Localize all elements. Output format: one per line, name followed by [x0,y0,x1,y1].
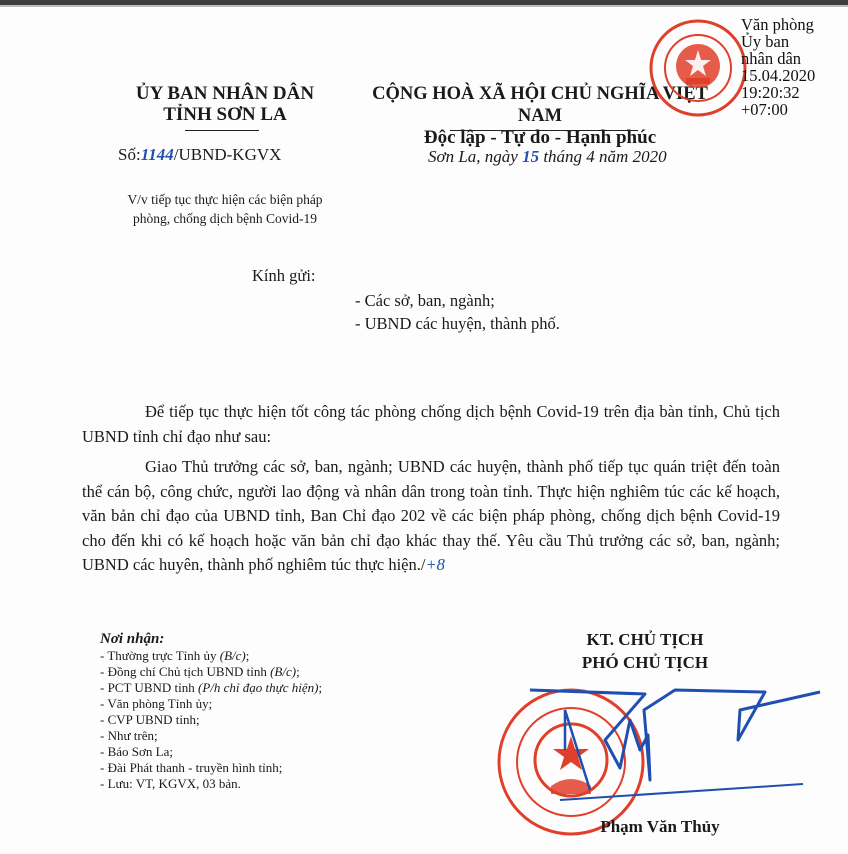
place-prefix: Sơn La, ngày [428,147,522,166]
subject-line1: V/v tiếp tục thực hiện các biện pháp [100,190,350,209]
doc-number-suffix: /UBND-KGVX [174,145,282,164]
sig-timezone: +07:00 [741,101,848,118]
recipient-item: - UBND các huyện, thành phố. [355,312,560,335]
distribution-item: - Đài Phát thanh - truyền hình tỉnh; [100,760,322,776]
distribution-item-text: - Đài Phát thanh - truyền hình tỉnh; [100,760,282,775]
distribution-item-end: ; [318,680,322,695]
document-subject: V/v tiếp tục thực hiện các biện pháp phò… [100,190,350,228]
sig-time: 19:20:32 [741,84,848,101]
sig-date: 15.04.2020 [741,67,848,84]
distribution-item-end: ; [246,648,250,663]
place-and-date: Sơn La, ngày 15 tháng 4 năm 2020 [428,147,667,167]
distribution-item: - PCT UBND tỉnh (P/h chỉ đạo thực hiện); [100,680,322,696]
place-suffix: tháng 4 năm 2020 [539,147,667,166]
doc-number-prefix: Số: [118,145,141,164]
body-paragraph-2: Giao Thủ trưởng các sở, ban, ngành; UBND… [82,455,780,578]
signature-title: KT. CHỦ TỊCH PHÓ CHỦ TỊCH [500,628,790,674]
doc-number-handwritten: 1144 [141,145,174,164]
distribution-item: - Như trên; [100,728,322,744]
sig-line2: Ủy ban [741,33,848,50]
distribution-item-text: - CVP UBND tỉnh; [100,712,200,727]
subject-line2: phòng, chống dịch bệnh Covid-19 [100,209,350,228]
digital-signature-info: Văn phòng Ủy ban nhân dân 15.04.2020 19:… [741,16,848,118]
day-handwritten: 15 [522,147,539,166]
distribution-item-note: (B/c) [270,664,296,679]
motto-underline [450,130,638,131]
handwritten-signature-icon [520,680,830,810]
digital-seal-top-icon [648,18,748,118]
signer-name: Phạm Văn Thủy [560,817,760,837]
org-underline [185,130,259,131]
sig-line1: Văn phòng [741,16,848,33]
org-line1: ỦY BAN NHÂN DÂN [95,83,355,104]
distribution-item-text: - Như trên; [100,728,158,743]
distribution-item-note: (B/c) [220,648,246,663]
document-body: Để tiếp tục thực hiện tốt công tác phòng… [82,400,780,584]
sig-line3: nhân dân [741,50,848,67]
distribution-item-end: ; [296,664,300,679]
recipients-label: Kính gửi: [252,266,316,286]
document-number: Số:1144/UBND-KGVX [118,145,281,165]
distribution-list: Nơi nhận: - Thường trực Tỉnh ủy (B/c);- … [100,630,322,792]
handwritten-initials: +8 [425,555,444,574]
distribution-item: - Lưu: VT, KGVX, 03 bản. [100,776,322,792]
scan-top-edge-shadow [0,5,848,7]
recipient-item: - Các sở, ban, ngành; [355,289,560,312]
signature-line1: KT. CHỦ TỊCH [500,628,790,651]
distribution-item: - Thường trực Tỉnh ủy (B/c); [100,648,322,664]
distribution-title: Nơi nhận: [100,630,322,648]
distribution-item-text: - PCT UBND tỉnh [100,680,198,695]
issuing-organization: ỦY BAN NHÂN DÂN TỈNH SƠN LA [95,83,355,125]
distribution-item: - Đồng chí Chủ tịch UBND tỉnh (B/c); [100,664,322,680]
signature-line2: PHÓ CHỦ TỊCH [500,651,790,674]
body-paragraph-1: Để tiếp tục thực hiện tốt công tác phòng… [82,400,780,449]
distribution-item: - Báo Sơn La; [100,744,322,760]
distribution-item-text: - Thường trực Tỉnh ủy [100,648,220,663]
distribution-item-text: - Báo Sơn La; [100,744,173,759]
distribution-item: - Văn phòng Tỉnh ủy; [100,696,322,712]
distribution-item-text: - Văn phòng Tỉnh ủy; [100,696,212,711]
org-line2: TỈNH SƠN LA [95,104,355,125]
distribution-item-note: (P/h chỉ đạo thực hiện) [198,680,318,695]
distribution-item: - CVP UBND tỉnh; [100,712,322,728]
distribution-item-text: - Lưu: VT, KGVX, 03 bản. [100,776,241,791]
distribution-item-text: - Đồng chí Chủ tịch UBND tỉnh [100,664,270,679]
recipients-list: - Các sở, ban, ngành; - UBND các huyện, … [355,289,560,335]
